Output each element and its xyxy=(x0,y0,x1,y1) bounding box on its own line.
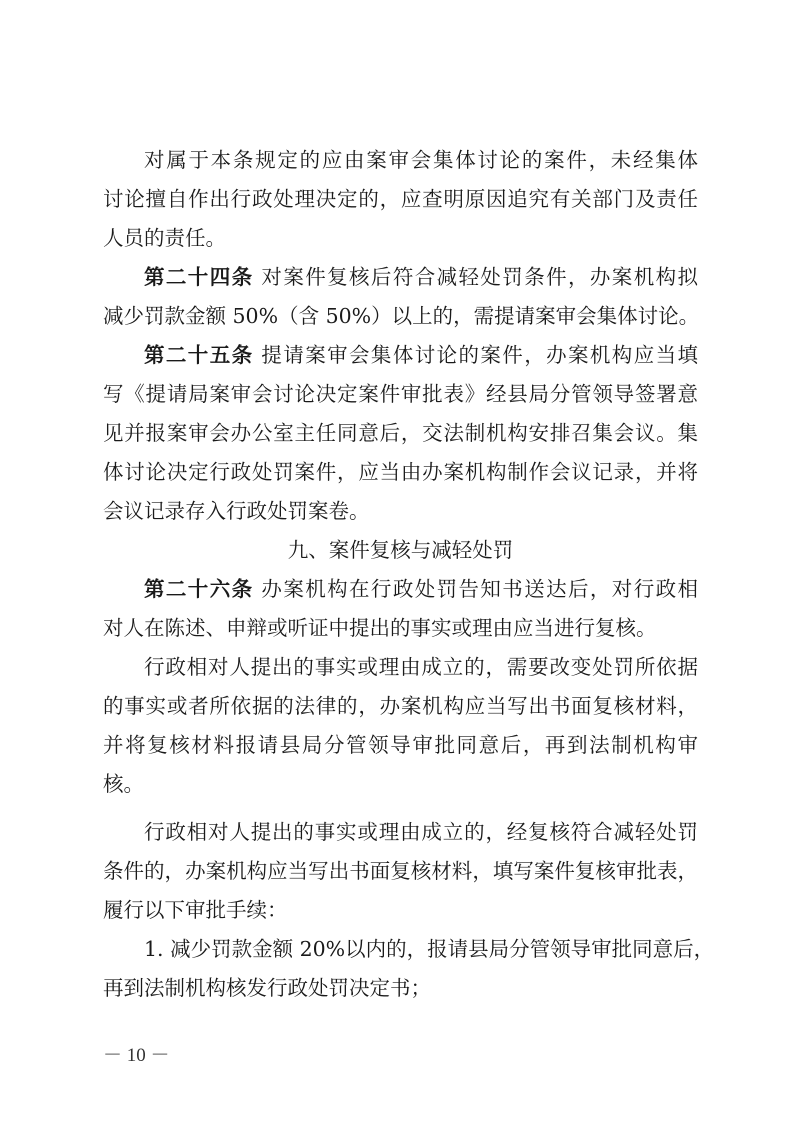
list-item-line: 再到法制机构核发行政处罚决定书； xyxy=(103,973,698,1003)
paragraph-line: 对人在陈述、申辩或听证中提出的事实或理由应当进行复核。 xyxy=(103,613,698,643)
article-text: 办案机构在行政处罚告知书送达后，对行政相 xyxy=(261,577,698,601)
article-25-line: 第二十五条 提请案审会集体讨论的案件，办案机构应当填 xyxy=(103,340,698,370)
paragraph-line: 并将复核材料报请县局分管领导审批同意后，再到法制机构审 xyxy=(103,730,698,760)
paragraph-line: 行政相对人提出的事实或理由成立的，经复核符合减轻处罚 xyxy=(103,817,698,847)
paragraph-line: 会议记录存入行政处罚案卷。 xyxy=(103,496,698,526)
paragraph-line: 核。 xyxy=(103,769,698,799)
paragraph-line: 行政相对人提出的事实或理由成立的，需要改变处罚所依据 xyxy=(103,652,698,682)
paragraph-line: 履行以下审批手续： xyxy=(103,895,698,925)
article-text: 对案件复核后符合减轻处罚条件，办案机构拟 xyxy=(261,265,698,289)
section-heading: 九、案件复核与减轻处罚 xyxy=(103,535,698,565)
paragraph-line: 条件的，办案机构应当写出书面复核材料，填写案件复核审批表， xyxy=(103,856,698,886)
paragraph-line: 见并报案审会办公室主任同意后，交法制机构安排召集会议。集 xyxy=(103,418,698,448)
page-number: － 10 － xyxy=(103,1040,170,1067)
paragraph-line: 写《提请局案审会讨论决定案件审批表》经县局分管领导签署意 xyxy=(103,379,698,409)
paragraph-line: 人员的责任。 xyxy=(103,223,698,253)
paragraph-line: 的事实或者所依据的法律的，办案机构应当写出书面复核材料， xyxy=(103,691,698,721)
paragraph-line: 讨论擅自作出行政处理决定的，应查明原因追究有关部门及责任 xyxy=(103,184,698,214)
paragraph-line: 对属于本条规定的应由案审会集体讨论的案件，未经集体 xyxy=(103,145,698,175)
article-number: 第二十五条 xyxy=(144,343,254,367)
article-24-line: 第二十四条 对案件复核后符合减轻处罚条件，办案机构拟 xyxy=(103,262,698,292)
paragraph-line: 体讨论决定行政处罚案件，应当由办案机构制作会议记录，并将 xyxy=(103,457,698,487)
article-text: 提请案审会集体讨论的案件，办案机构应当填 xyxy=(261,343,698,367)
article-number: 第二十六条 xyxy=(144,577,254,601)
list-item-line: 1. 减少罚款金额 20%以内的，报请县局分管领导审批同意后， xyxy=(103,934,698,964)
paragraph-line: 减少罚款金额 50%（含 50%）以上的，需提请案审会集体讨论。 xyxy=(103,301,698,331)
article-number: 第二十四条 xyxy=(144,265,254,289)
article-26-line: 第二十六条 办案机构在行政处罚告知书送达后，对行政相 xyxy=(103,574,698,604)
